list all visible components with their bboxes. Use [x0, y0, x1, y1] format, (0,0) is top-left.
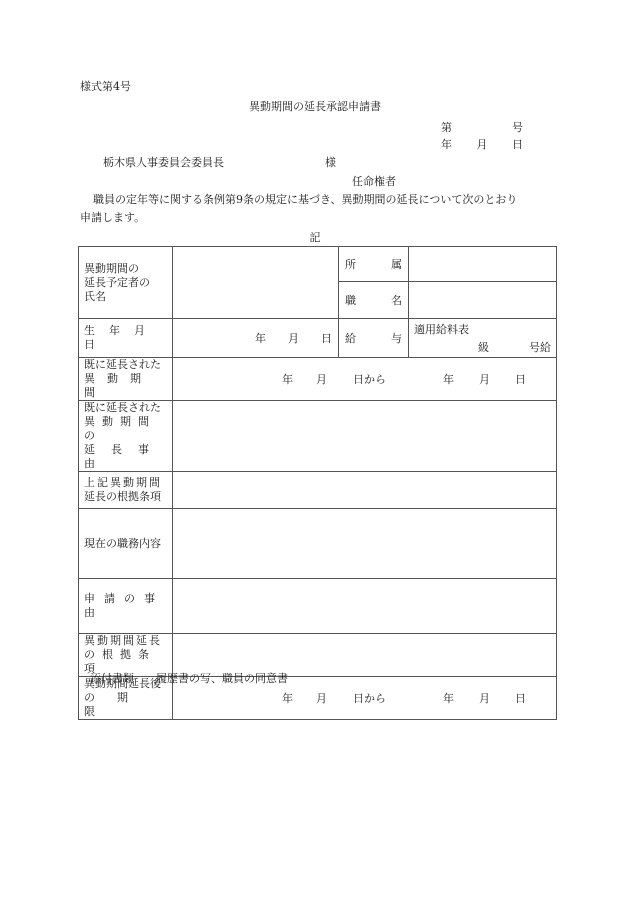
- name-field[interactable]: [173, 247, 339, 319]
- unit-from: 日から: [353, 690, 386, 706]
- prev-basis-field[interactable]: [173, 472, 557, 509]
- label-char: 属: [391, 256, 402, 272]
- birthdate-field[interactable]: 年 月 日: [173, 319, 339, 358]
- attachments: 添付書類履歴書の写、職員の同意書: [90, 672, 288, 686]
- label-line: 異動期間の: [84, 415, 167, 443]
- duties-field[interactable]: [173, 509, 557, 579]
- unit-year: 年: [443, 690, 454, 706]
- label-char: 名: [391, 292, 402, 308]
- unit-month: 月: [288, 330, 299, 346]
- date-day: 日: [512, 138, 523, 152]
- body-text-line2: 申請します。: [80, 211, 145, 225]
- label-line: 現在の職務内容: [84, 537, 167, 551]
- unit-from: 日から: [353, 371, 386, 387]
- date-month: 月: [477, 138, 488, 152]
- prev-period-label: 既に延長された 異動期間: [79, 358, 173, 401]
- unit-year: 年: [443, 371, 454, 387]
- ki-heading: 記: [0, 231, 630, 245]
- affiliation-label: 所属: [339, 247, 409, 282]
- application-table: 異動期間の 延長予定者の 氏名 所属 職名 生年月日 年 月 日 給与 適用給料…: [78, 246, 557, 720]
- unit-month: 月: [316, 690, 327, 706]
- honorific: 様: [325, 156, 336, 170]
- label-line: 生年月日: [84, 324, 167, 352]
- document-date: 年 月 日: [441, 138, 523, 152]
- unit-day: 日: [515, 371, 526, 387]
- doc-number-suffix: 号: [512, 121, 523, 135]
- label-line: 異動期間の: [84, 262, 167, 276]
- salary-field[interactable]: 適用給料表 級号給: [409, 319, 557, 358]
- salary-table-label: 適用給料表: [414, 321, 551, 337]
- body-text-line1: 職員の定年等に関する条例第9条の規定に基づき、異動期間の延長について次のとおり: [93, 193, 517, 207]
- attachments-label: 添付書類: [90, 672, 134, 685]
- affiliation-field[interactable]: [409, 247, 557, 282]
- reason-field[interactable]: [173, 579, 557, 634]
- label-line: 異動期間: [84, 372, 167, 400]
- salary-label: 給与: [339, 319, 409, 358]
- form-number: 様式第4号: [80, 80, 131, 94]
- document-number: 第 号: [441, 121, 523, 135]
- basis-field[interactable]: [173, 634, 557, 677]
- position-field[interactable]: [409, 282, 557, 319]
- unit-year: 年: [282, 371, 293, 387]
- date-year: 年: [441, 138, 452, 152]
- basis-label: 異動期間延長 の根拠条項: [79, 634, 173, 677]
- prev-basis-label: 上記異動期間 延長の根拠条項: [79, 472, 173, 509]
- applicant: 任命権者: [352, 175, 396, 189]
- label-line: 氏名: [84, 290, 167, 304]
- document-title: 異動期間の延長承認申請書: [0, 100, 630, 114]
- label-line: 異動期間延長: [84, 634, 167, 648]
- name-label: 異動期間の 延長予定者の 氏名: [79, 247, 173, 319]
- unit-month: 月: [316, 371, 327, 387]
- label-line: 延長予定者の: [84, 276, 167, 290]
- birthdate-label: 生年月日: [79, 319, 173, 358]
- salary-grade-unit: 級: [478, 339, 489, 355]
- label-char: 給: [345, 330, 356, 346]
- unit-day: 日: [321, 330, 332, 346]
- salary-step-unit: 号給: [529, 339, 551, 355]
- label-line: 延長事由: [84, 443, 167, 471]
- label-char: 与: [391, 330, 402, 346]
- unit-month: 月: [479, 690, 490, 706]
- addressee: 栃木県人事委員会委員長: [103, 156, 224, 170]
- duties-label: 現在の職務内容: [79, 509, 173, 579]
- reason-label: 申請の事由: [79, 579, 173, 634]
- label-line: 申請の事由: [84, 592, 167, 620]
- position-label: 職名: [339, 282, 409, 319]
- unit-year: 年: [282, 690, 293, 706]
- prev-period-field[interactable]: 年 月 日から 年 月 日: [173, 358, 557, 401]
- label-line: 既に延長された: [84, 358, 167, 372]
- label-char: 職: [345, 292, 356, 308]
- attachments-list: 履歴書の写、職員の同意書: [156, 672, 288, 685]
- unit-year: 年: [255, 330, 266, 346]
- prev-reason-field[interactable]: [173, 401, 557, 472]
- unit-month: 月: [479, 371, 490, 387]
- label-line: 延長の根拠条項: [84, 490, 167, 504]
- label-line: 上記異動期間: [84, 476, 167, 490]
- label-line: 既に延長された: [84, 401, 167, 415]
- prev-reason-label: 既に延長された 異動期間の 延長事由: [79, 401, 173, 472]
- doc-number-prefix: 第: [441, 121, 452, 135]
- label-char: 所: [345, 256, 356, 272]
- label-line: の期限: [84, 691, 167, 719]
- unit-day: 日: [515, 690, 526, 706]
